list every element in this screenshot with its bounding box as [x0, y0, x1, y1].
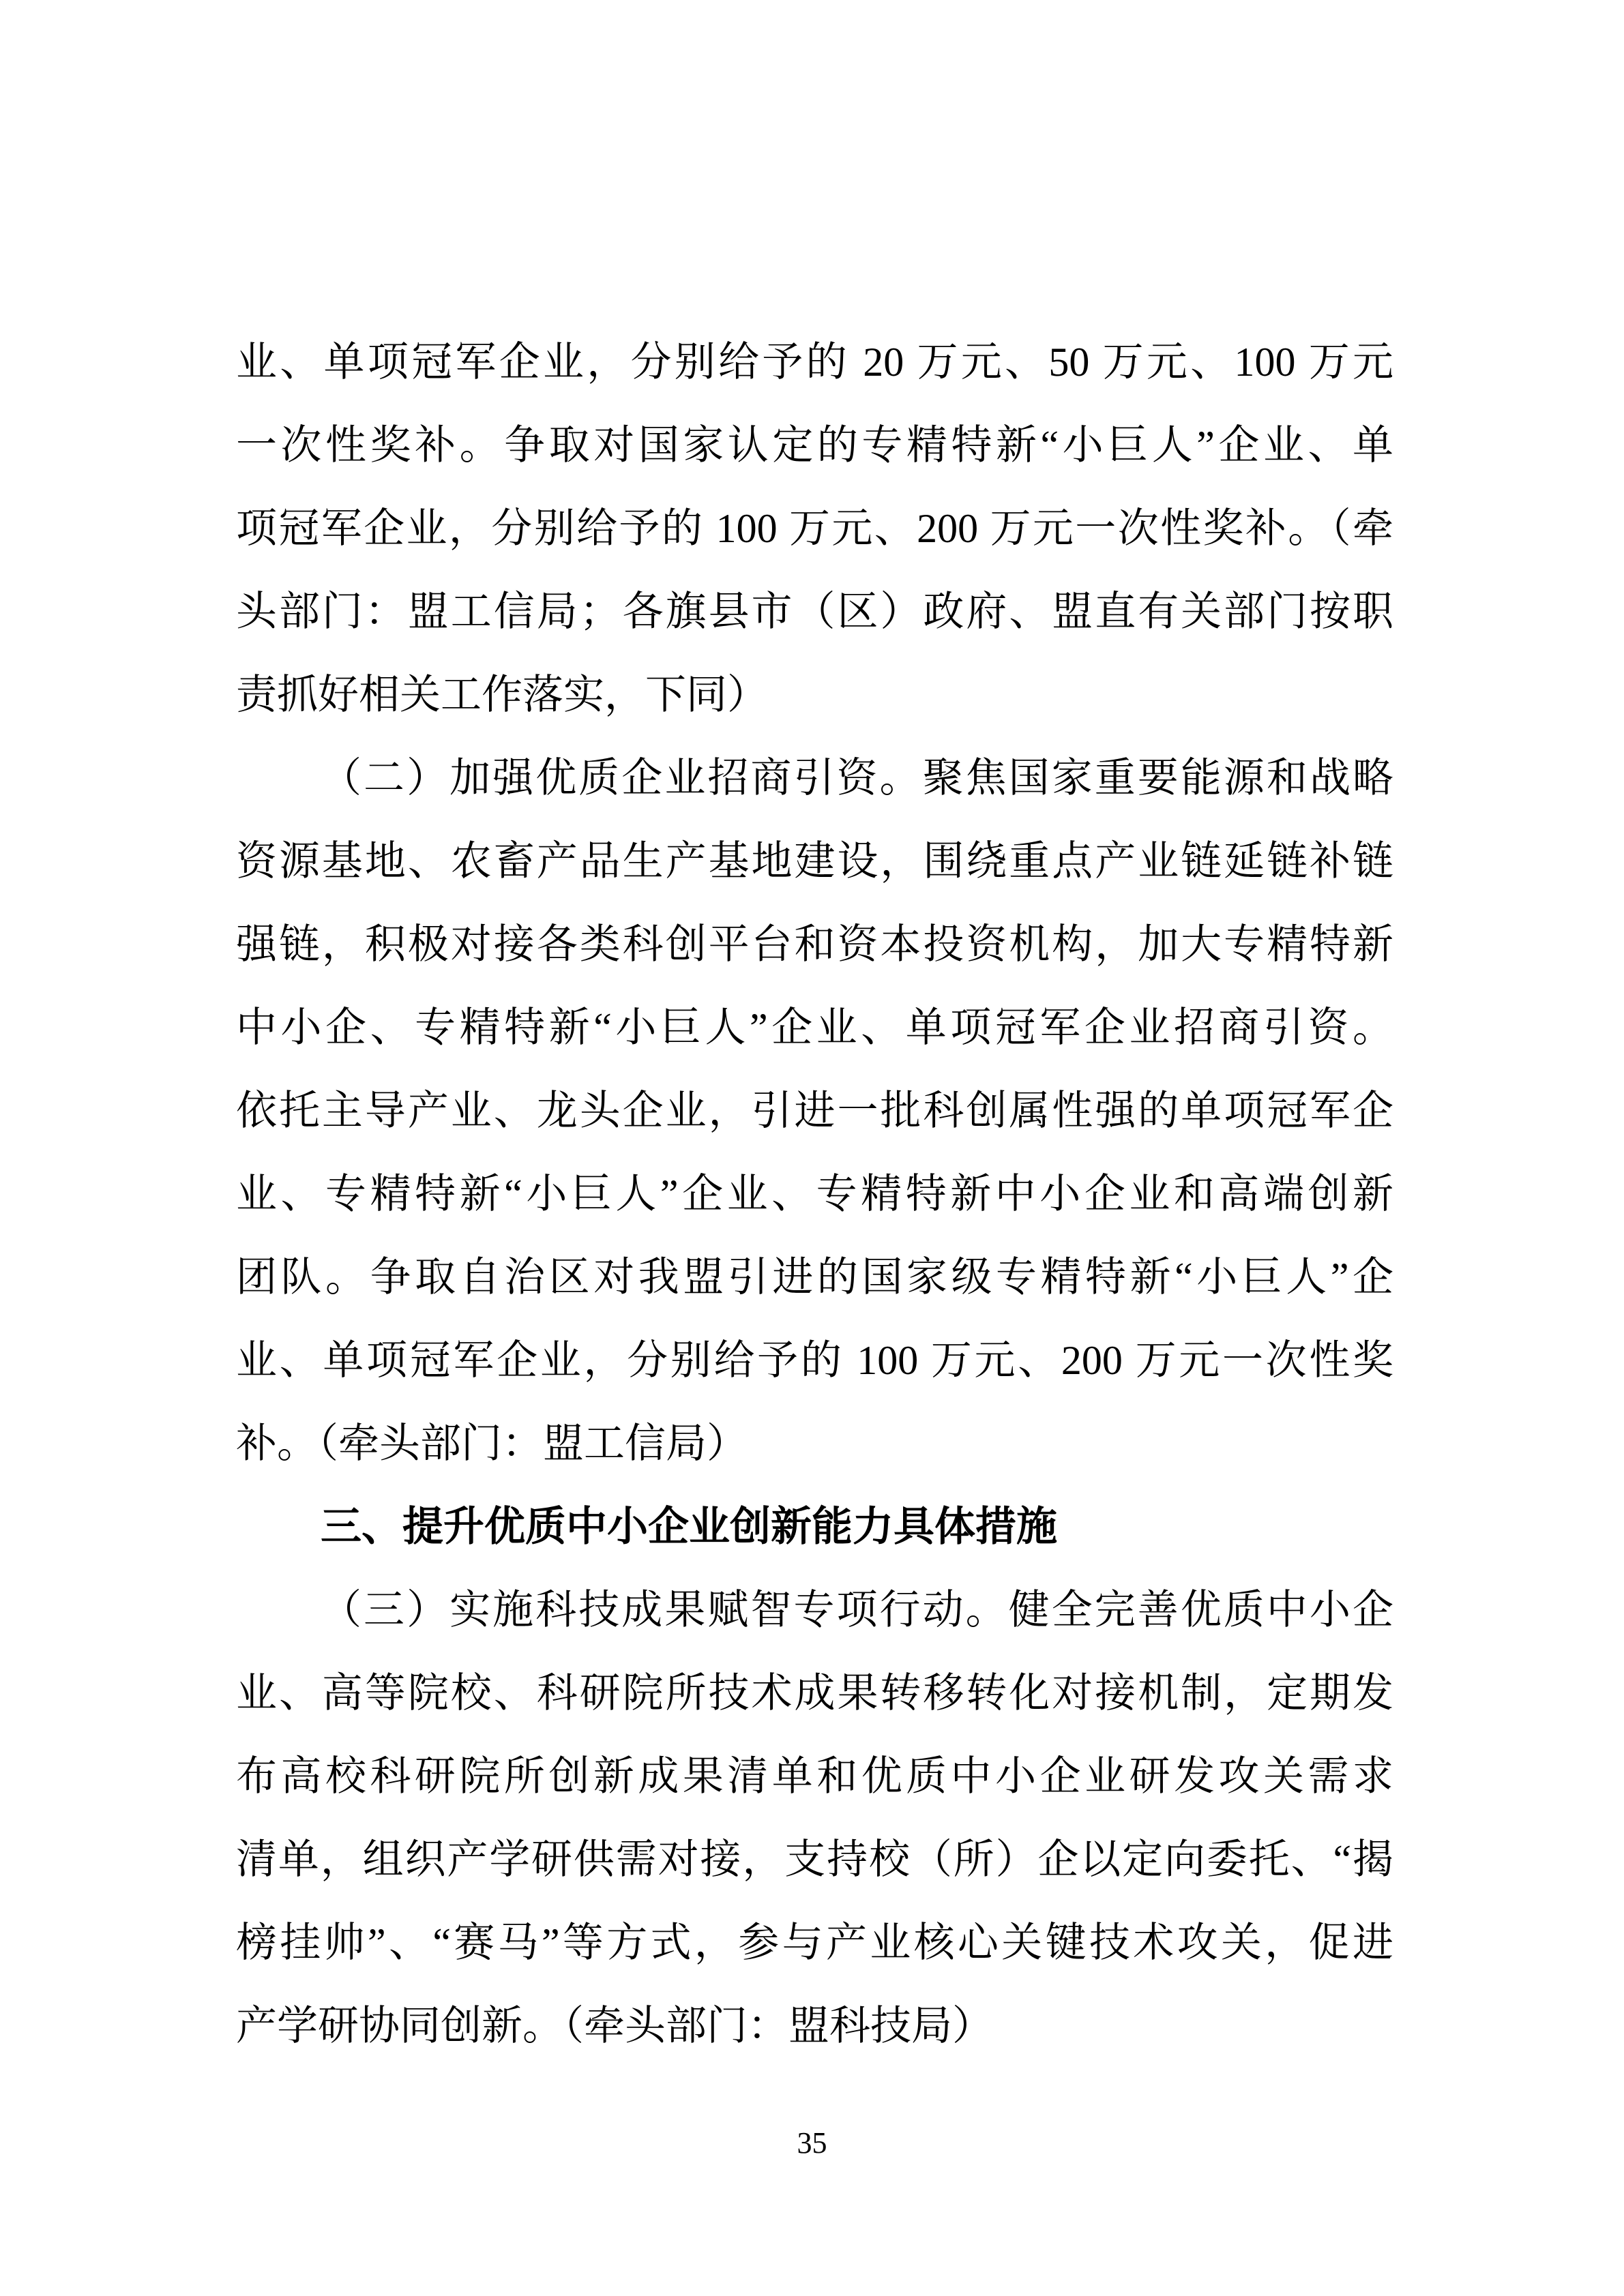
- document-page: 业、单项冠军企业，分别给予的 20 万元、50 万元、100 万元一次性奖补。争…: [0, 0, 1624, 2296]
- text-line: 项冠军企业，分别给予的 100 万元、200 万元一次性奖补。（牵: [236, 487, 1393, 570]
- text-line: 一次性奖补。争取对国家认定的专精特新“小巨人”企业、单: [236, 404, 1393, 487]
- section-heading: 三、提升优质中小企业创新能力具体措施: [236, 1485, 1393, 1568]
- text-line: 业、专精特新“小巨人”企业、专精特新中小企业和高端创新: [236, 1152, 1393, 1236]
- text-line: 资源基地、农畜产品生产基地建设，围绕重点产业链延链补链: [236, 820, 1393, 903]
- text-line: 责抓好相关工作落实，下同）: [236, 653, 1393, 736]
- text-line: 产学研协同创新。（牵头部门：盟科技局）: [236, 1984, 1393, 2068]
- text-line: 强链，积极对接各类科创平台和资本投资机构，加大专精特新: [236, 903, 1393, 986]
- text-line: 业、高等院校、科研院所技术成果转移转化对接机制，定期发: [236, 1652, 1393, 1735]
- text-line: 清单，组织产学研供需对接，支持校（所）企以定向委托、“揭: [236, 1818, 1393, 1901]
- text-line: 团队。争取自治区对我盟引进的国家级专精特新“小巨人”企: [236, 1236, 1393, 1319]
- text-line: 业、单项冠军企业，分别给予的 100 万元、200 万元一次性奖: [236, 1319, 1393, 1402]
- text-line: （三）实施科技成果赋智专项行动。健全完善优质中小企: [236, 1568, 1393, 1652]
- text-line: 依托主导产业、龙头企业，引进一批科创属性强的单项冠军企: [236, 1069, 1393, 1152]
- document-body: 业、单项冠军企业，分别给予的 20 万元、50 万元、100 万元一次性奖补。争…: [236, 320, 1393, 2068]
- text-line: 补。（牵头部门：盟工信局）: [236, 1402, 1393, 1485]
- text-line: 头部门：盟工信局；各旗县市（区）政府、盟直有关部门按职: [236, 570, 1393, 653]
- text-line: （二）加强优质企业招商引资。聚焦国家重要能源和战略: [236, 736, 1393, 820]
- text-line: 榜挂帅”、“赛马”等方式，参与产业核心关键技术攻关，促进: [236, 1901, 1393, 1984]
- text-line: 布高校科研院所创新成果清单和优质中小企业研发攻关需求: [236, 1735, 1393, 1818]
- page-number: 35: [0, 2126, 1624, 2160]
- text-line: 中小企、专精特新“小巨人”企业、单项冠军企业招商引资。: [236, 986, 1393, 1069]
- text-line: 业、单项冠军企业，分别给予的 20 万元、50 万元、100 万元: [236, 320, 1393, 404]
